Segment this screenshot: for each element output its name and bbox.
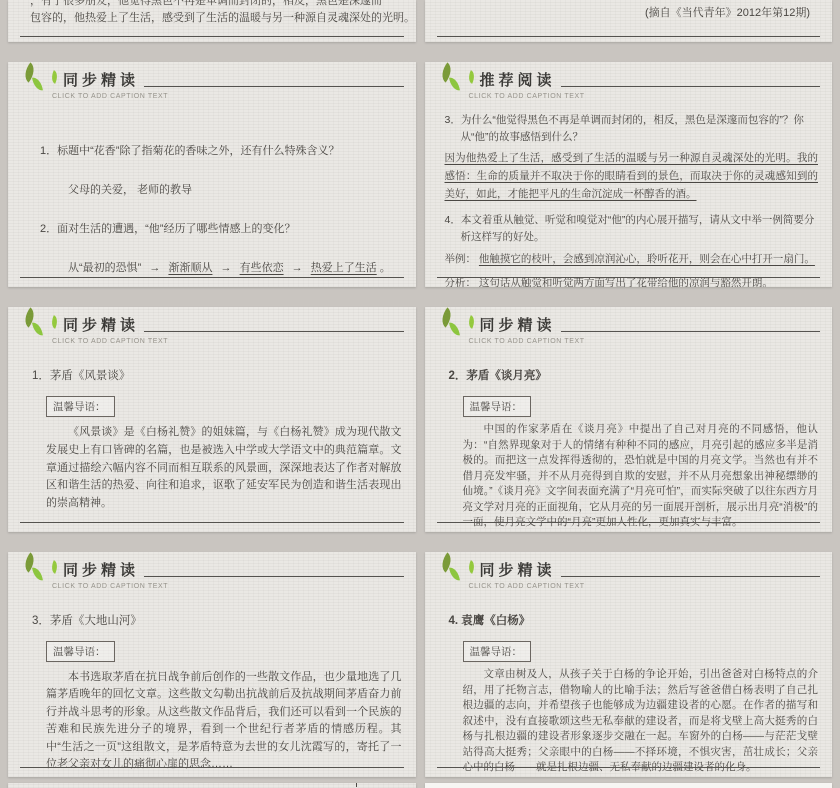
arrow-glyph: →	[149, 262, 160, 274]
answer-segment: 有些依恋	[240, 262, 284, 274]
title-rule	[144, 331, 404, 332]
leaf-icon	[32, 321, 43, 336]
slide-title: 推荐阅读	[480, 69, 556, 90]
partial-slide-bottom-left[interactable]	[8, 783, 416, 788]
leaf-icon	[465, 70, 476, 84]
slide-tongbu-jingdu-qa[interactable]: 同步精读 CLICK TO ADD CAPTION TEXT 1．标题中“花香”…	[8, 62, 416, 287]
tip-box: 温馨导语：	[46, 396, 115, 417]
slide-content: 3．茅盾《大地山河》 温馨导语： 本书选取茅盾在抗日战争前后创作的一些散文作品，…	[28, 602, 402, 761]
footer-rule	[20, 522, 404, 523]
footer-rule	[437, 36, 821, 37]
partial-slide-bottom-right[interactable]	[425, 783, 833, 788]
partial-slide-top-right[interactable]: (摘自《当代青年》2012年第12期)	[425, 0, 833, 42]
slide-row-2: 同步精读 CLICK TO ADD CAPTION TEXT 1．茅盾《风景谈》…	[8, 307, 832, 532]
body-paragraph: 中国的作家茅盾在《谈月亮》中提出了自己对月亮的不同感悟，他认为：“自然界现象对于…	[463, 422, 819, 531]
leaf-icon	[449, 566, 460, 581]
slide-dadishanhe[interactable]: 同步精读 CLICK TO ADD CAPTION TEXT 3．茅盾《大地山河…	[8, 552, 416, 777]
book-heading: 3．茅盾《大地山河》	[32, 612, 402, 628]
footer-rule	[20, 767, 404, 768]
answer-text: 因为他热爱上了生活，感受到了生活的温暖与另一种源自灵魂深处的光明。我的感悟：生命…	[445, 149, 819, 204]
answer-segment: 。	[380, 262, 391, 274]
partial-text-line: 包容的，他热爱上了生活，感受到了生活的温暖与另一种源自灵魂深处的光明。	[30, 10, 416, 27]
caption-text: CLICK TO ADD CAPTION TEXT	[469, 583, 585, 590]
partial-mark	[356, 783, 357, 787]
leaf-icon	[465, 560, 476, 574]
caption-text: CLICK TO ADD CAPTION TEXT	[469, 338, 585, 345]
question-text: 2．面对生活的遭遇，“他”经历了哪些情感上的变化？	[40, 220, 402, 236]
caption-text: CLICK TO ADD CAPTION TEXT	[469, 93, 585, 100]
question-text: 1．标题中“花香”除了指菊花的香味之外，还有什么特殊含义？	[40, 142, 402, 158]
slide-title: 同步精读	[63, 314, 139, 335]
slide-title: 同步精读	[63, 69, 139, 90]
title-rule	[561, 576, 821, 577]
example-label: 举例：	[445, 253, 477, 265]
footer-rule	[437, 767, 821, 768]
answer-text: 父母的关爱， 老师的教导	[40, 181, 402, 197]
body-paragraph: 《风景谈》是《白杨礼赞》的姐妹篇，与《白杨礼赞》成为现代散文发展史上有口皆碑的名…	[46, 424, 402, 513]
answer-segment: 热爱上了生活	[311, 262, 377, 274]
leaf-icon	[49, 70, 60, 84]
slide-content: 2．茅盾《谈月亮》 温馨导语： 中国的作家茅盾在《谈月亮》中提出了自己对月亮的不…	[445, 357, 819, 516]
slide-fengjingtan[interactable]: 同步精读 CLICK TO ADD CAPTION TEXT 1．茅盾《风景谈》…	[8, 307, 416, 532]
slide-baiyang[interactable]: 同步精读 CLICK TO ADD CAPTION TEXT 4. 袁鹰《白杨》…	[425, 552, 833, 777]
caption-text: CLICK TO ADD CAPTION TEXT	[52, 93, 168, 100]
partial-text: ，有了很多朋友，他觉得黑色不再是单调而封闭的，相反，黑色是深邃而 包容的，他热爱…	[30, 0, 416, 27]
slide-header: 同步精读 CLICK TO ADD CAPTION TEXT	[425, 552, 833, 600]
arrow-glyph: →	[292, 262, 303, 274]
footer-rule	[437, 522, 821, 523]
slide-content: 4. 袁鹰《白杨》 温馨导语： 文章由树及人，从孩子关于白杨的争论开始，引出爸爸…	[445, 602, 819, 761]
slide-tuijian-yuedu[interactable]: 推荐阅读 CLICK TO ADD CAPTION TEXT 3．为什么“他觉得…	[425, 62, 833, 287]
leaf-icon	[449, 76, 460, 91]
tip-box: 温馨导语：	[46, 641, 115, 662]
tip-box: 温馨导语：	[463, 641, 532, 662]
book-heading: 1．茅盾《风景谈》	[32, 367, 402, 383]
slide-row-1: 同步精读 CLICK TO ADD CAPTION TEXT 1．标题中“花香”…	[8, 62, 832, 287]
question-text: 4．本文着重从触觉、听觉和嗅觉对“他”的内心展开描写，请从文中举一例简要分析这样…	[445, 212, 819, 246]
body-paragraph: 本书选取茅盾在抗日战争前后创作的一些散文作品，也少量地选了几篇茅盾晚年的回忆文章…	[46, 669, 402, 773]
slide-header: 同步精读 CLICK TO ADD CAPTION TEXT	[425, 307, 833, 355]
leaf-icon	[32, 566, 43, 581]
title-rule	[561, 331, 821, 332]
book-heading: 4. 袁鹰《白杨》	[449, 612, 819, 628]
book-heading: 2．茅盾《谈月亮》	[449, 367, 819, 383]
template-preview-page: ，有了很多朋友，他觉得黑色不再是单调而封闭的，相反，黑色是深邃而 包容的，他热爱…	[0, 0, 840, 788]
analysis-label: 分析：	[445, 277, 477, 287]
slide-row-partial-top: ，有了很多朋友，他觉得黑色不再是单调而封闭的，相反，黑色是深邃而 包容的，他热爱…	[8, 0, 832, 42]
question-text: 3．为什么“他觉得黑色不再是单调而封闭的，相反，黑色是深邃而包容的”？你从“他”…	[445, 112, 819, 146]
footer-rule	[437, 277, 821, 278]
analysis-text: 这句话从触觉和听觉两方面写出了花带给他的凉润与豁然开朗。	[479, 277, 773, 287]
slide-header: 推荐阅读 CLICK TO ADD CAPTION TEXT	[425, 62, 833, 110]
answer-text: 从“最初的恐惧” → 渐渐顺从 → 有些依恋 → 热爱上了生活 。	[40, 259, 402, 275]
slide-header: 同步精读 CLICK TO ADD CAPTION TEXT	[8, 307, 416, 355]
body-paragraph: 文章由树及人，从孩子关于白杨的争论开始，引出爸爸对白杨特点的介绍，用了托物言志，…	[463, 667, 819, 776]
answer-segment: 从“最初的恐惧”	[68, 262, 141, 274]
leaf-icon	[465, 315, 476, 329]
title-rule	[561, 86, 821, 87]
arrow-glyph: →	[221, 262, 232, 274]
slide-header: 同步精读 CLICK TO ADD CAPTION TEXT	[8, 62, 416, 110]
leaf-icon	[49, 560, 60, 574]
slide-title: 同步精读	[63, 559, 139, 580]
slide-title: 同步精读	[480, 559, 556, 580]
example-line: 举例： 他触摸它的枝叶，会感到凉润沁心，聆听花开，则会在心中打开一扇门。	[445, 250, 819, 268]
partial-text-line: ，有了很多朋友，他觉得黑色不再是单调而封闭的，相反，黑色是深邃而	[30, 0, 416, 10]
slide-title: 同步精读	[480, 314, 556, 335]
footer-rule	[20, 36, 404, 37]
answer-segment: 渐渐顺从	[168, 262, 212, 274]
slide-row-3: 同步精读 CLICK TO ADD CAPTION TEXT 3．茅盾《大地山河…	[8, 552, 832, 777]
slide-content: 1．茅盾《风景谈》 温馨导语： 《风景谈》是《白杨礼赞》的姐妹篇，与《白杨礼赞》…	[28, 357, 402, 516]
footer-rule	[20, 277, 404, 278]
slide-content: 1．标题中“花香”除了指菊花的香味之外，还有什么特殊含义？ 父母的关爱， 老师的…	[28, 112, 402, 271]
title-rule	[144, 576, 404, 577]
slide-tanyueliang[interactable]: 同步精读 CLICK TO ADD CAPTION TEXT 2．茅盾《谈月亮》…	[425, 307, 833, 532]
partial-slide-top-left[interactable]: ，有了很多朋友，他觉得黑色不再是单调而封闭的，相反，黑色是深邃而 包容的，他热爱…	[8, 0, 416, 42]
example-text: 他触摸它的枝叶，会感到凉润沁心，聆听花开，则会在心中打开一扇门。	[479, 253, 815, 265]
leaf-icon	[32, 76, 43, 91]
slide-row-partial-bottom	[8, 783, 832, 788]
leaf-icon	[449, 321, 460, 336]
slide-header: 同步精读 CLICK TO ADD CAPTION TEXT	[8, 552, 416, 600]
leaf-icon	[49, 315, 60, 329]
slide-content: 3．为什么“他觉得黑色不再是单调而封闭的，相反，黑色是深邃而包容的”？你从“他”…	[445, 112, 819, 271]
source-citation: (摘自《当代青年》2012年第12期)	[645, 4, 810, 20]
tip-box: 温馨导语：	[463, 396, 532, 417]
caption-text: CLICK TO ADD CAPTION TEXT	[52, 338, 168, 345]
caption-text: CLICK TO ADD CAPTION TEXT	[52, 583, 168, 590]
analysis-line: 分析： 这句话从触觉和听觉两方面写出了花带给他的凉润与豁然开朗。	[445, 274, 819, 287]
title-rule	[144, 86, 404, 87]
